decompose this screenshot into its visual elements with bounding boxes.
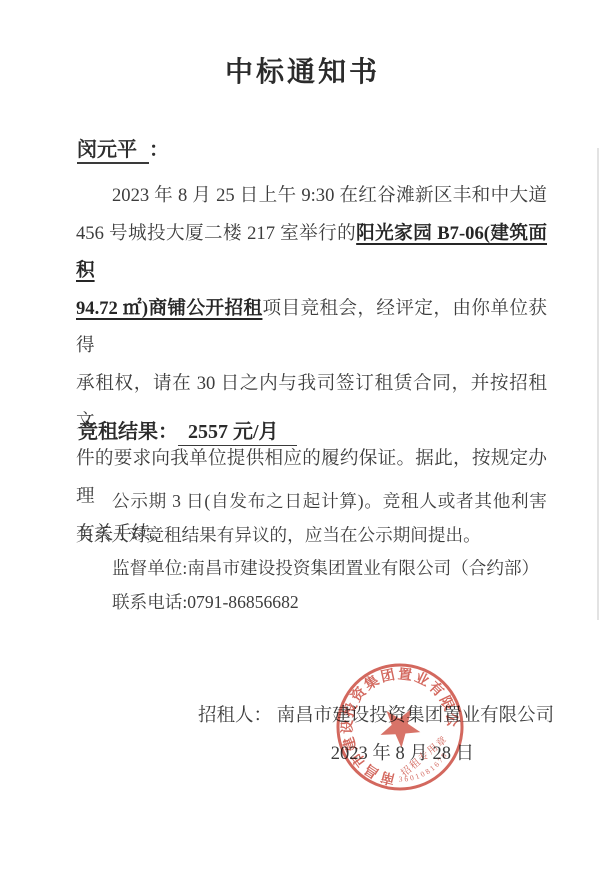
body-line: 456 号城投大厦二楼 217 室举行的阳光家园 B7-06(建筑面积 [76, 215, 547, 290]
body-line: 关系人对竞租结果有异议的，应当在公示期间提出。 [76, 519, 547, 553]
svg-text:南昌市建设投资集团置业有限公司: 南昌市建设投资集团置业有限公司 [330, 657, 470, 797]
scanned-document-page: 中标通知书 闵元平： 2023 年 8 月 25 日上午 9:30 在红谷滩新区… [0, 0, 605, 893]
seal-company-text: 南昌市建设投资集团置业有限公司 [330, 657, 470, 797]
document-title: 中标通知书 [0, 50, 605, 90]
bid-result-label: 竞租结果： [78, 421, 178, 443]
recipient-name: 闵元平 [77, 139, 149, 164]
signature-date: 2023 年 8 月 28 日 [300, 739, 505, 765]
company-seal-stamp: 南昌市建设投资集团置业有限公司 招租专用章 3601081678 [330, 657, 470, 797]
text-run: 2023 年 8 月 25 日上午 9:30 在红谷滩新区丰和中大道 [112, 185, 547, 206]
body-line: 公示期 3 日(自发布之日起计算)。竞租人或者其他利害 [76, 485, 547, 519]
text-run: 关系人对竞租结果有异议的，应当在公示期间提出。 [76, 525, 481, 545]
scan-artifact-line [597, 148, 599, 620]
body-line: 联系电话:0791-86856682 [76, 586, 547, 620]
body-line: 监督单位:南昌市建设投资集团置业有限公司（合约部） [76, 552, 547, 586]
seal-ring [330, 657, 470, 797]
signature-lessor-line: 招租人： 南昌市建设投资集团置业有限公司 [198, 701, 554, 727]
recipient-colon: ： [149, 139, 169, 161]
bid-result-line: 竞租结果：2557 元/月 [78, 415, 297, 444]
highlighted-text: 94.72 ㎡)商铺公开招租 [76, 298, 262, 319]
body-line: 2023 年 8 月 25 日上午 9:30 在红谷滩新区丰和中大道 [76, 177, 547, 215]
recipient-line: 闵元平： [77, 133, 169, 162]
publicity-paragraph: 公示期 3 日(自发布之日起计算)。竞租人或者其他利害关系人对竞租结果有异议的，… [76, 485, 547, 619]
body-line: 94.72 ㎡)商铺公开招租项目竞租会，经评定，由你单位获得 [76, 290, 547, 365]
text-run: 456 号城投大厦二楼 217 室举行的 [76, 223, 356, 244]
text-run: 公示期 3 日(自发布之日起计算)。竞租人或者其他利害 [112, 491, 547, 511]
text-run: 监督单位:南昌市建设投资集团置业有限公司（合约部） [112, 558, 539, 578]
bid-result-value: 2557 元/月 [178, 421, 297, 446]
text-run: 联系电话:0791-86856682 [112, 592, 299, 612]
